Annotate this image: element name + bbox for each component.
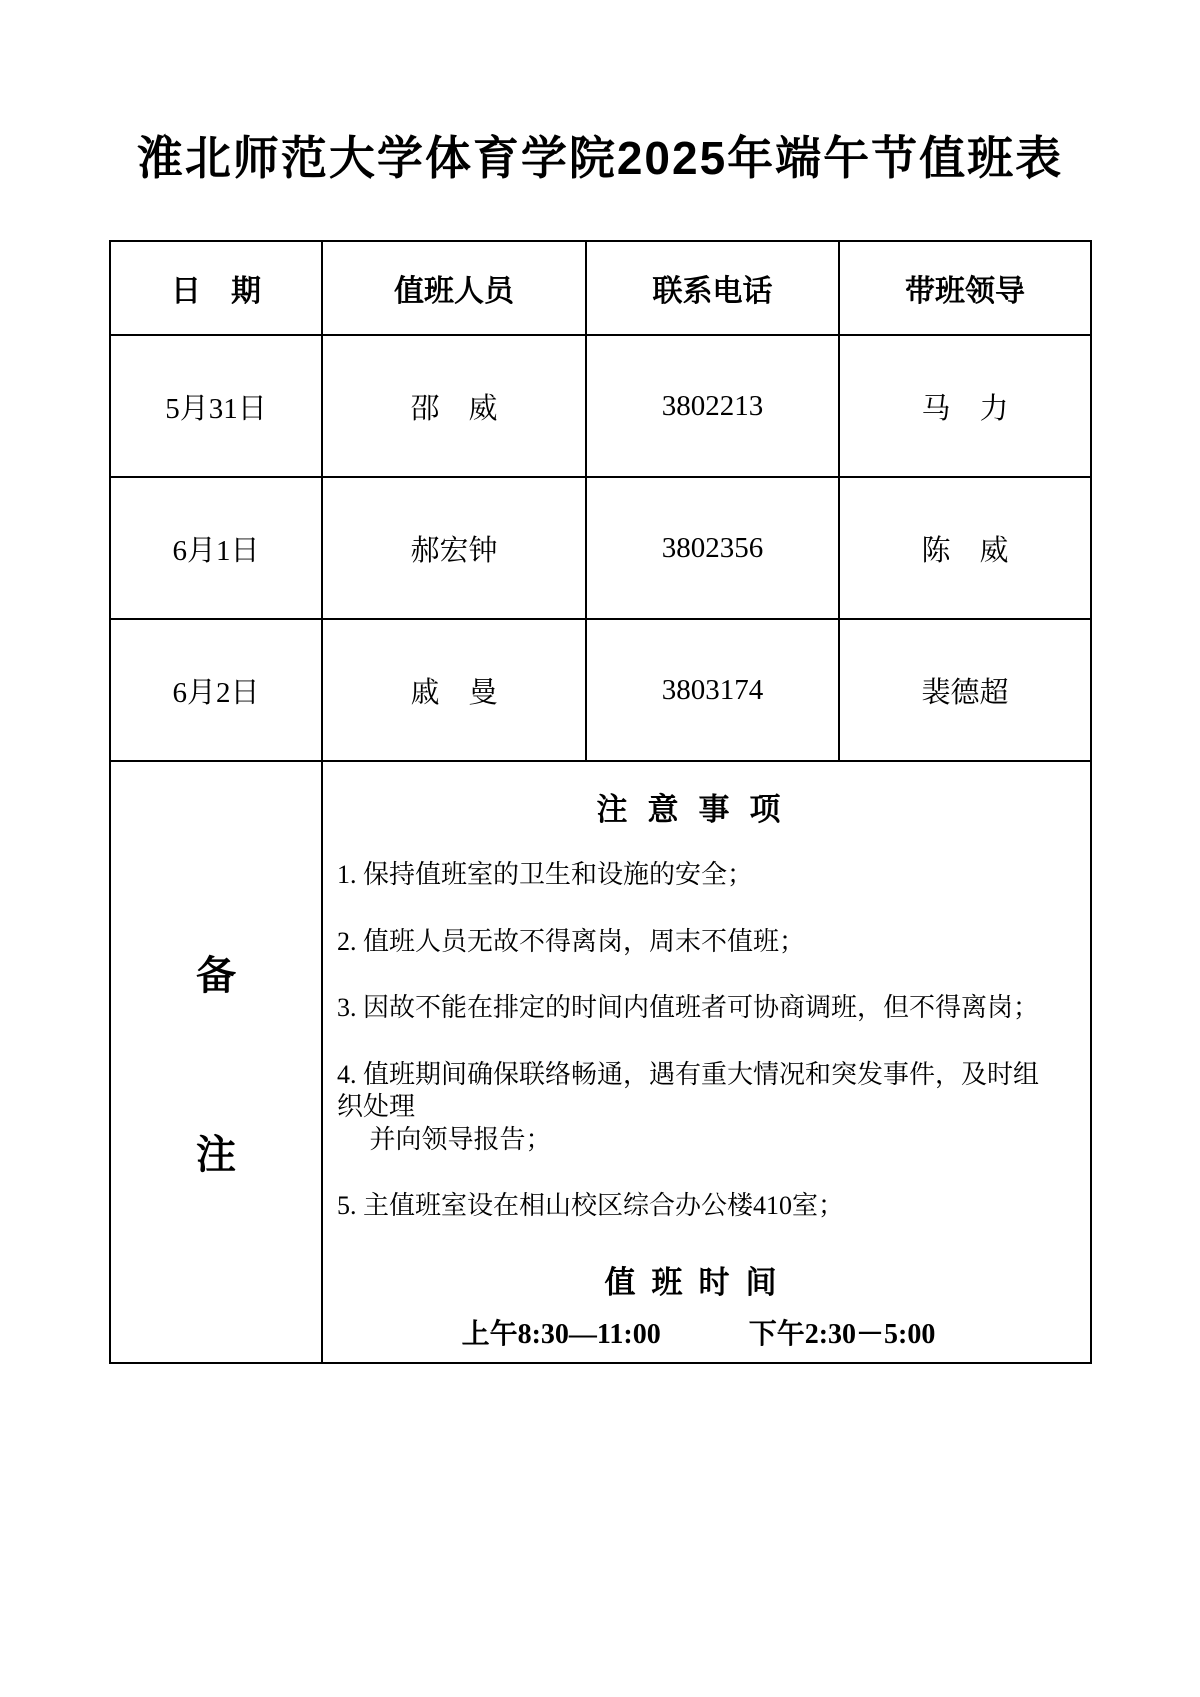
morning-hours: 上午8:30—11:00 <box>462 1312 661 1352</box>
remarks-content-cell: 注意事项 1. 保持值班室的卫生和设施的安全； 2. 值班人员无故不得离岗，周末… <box>322 761 1091 1363</box>
remarks-row: 备 注 注意事项 1. 保持值班室的卫生和设施的安全； 2. 值班人员无故不得离… <box>110 761 1091 1363</box>
cell-phone: 3803174 <box>586 619 839 761</box>
cell-date: 6月2日 <box>110 619 322 761</box>
cell-phone: 3802213 <box>586 335 839 477</box>
cell-person: 戚 曼 <box>322 619 586 761</box>
schedule-title: 值班时间 <box>337 1257 1060 1302</box>
table-row: 5月31日 邵 威 3802213 马 力 <box>110 335 1091 477</box>
cell-leader: 裴德超 <box>839 619 1091 761</box>
header-phone: 联系电话 <box>586 241 839 335</box>
header-date: 日 期 <box>110 241 322 335</box>
remarks-label-char-bei: 备 <box>196 944 236 1001</box>
afternoon-hours: 下午2:30－5:00 <box>749 1312 936 1352</box>
cell-leader: 马 力 <box>839 335 1091 477</box>
table-row: 6月1日 郝宏钟 3802356 陈 威 <box>110 477 1091 619</box>
table-header-row: 日 期 值班人员 联系电话 带班领导 <box>110 241 1091 335</box>
notes-title: 注意事项 <box>337 784 1060 829</box>
cell-phone: 3802356 <box>586 477 839 619</box>
header-person: 值班人员 <box>322 241 586 335</box>
note-item-5: 5. 主值班室设在相山校区综合办公楼410室； <box>337 1190 1060 1223</box>
cell-person: 郝宏钟 <box>322 477 586 619</box>
cell-date: 5月31日 <box>110 335 322 477</box>
note-item-3: 3. 因故不能在排定的时间内值班者可协商调班，但不得离岗； <box>337 992 1060 1025</box>
cell-date: 6月1日 <box>110 477 322 619</box>
document-page: 淮北师范大学体育学院2025年端午节值班表 日 期 值班人员 联系电话 带班领导… <box>0 0 1200 1697</box>
note-item-4: 4. 值班期间确保联络畅通，遇有重大情况和突发事件，及时组织处理 并向领导报告； <box>337 1059 1060 1157</box>
cell-leader: 陈 威 <box>839 477 1091 619</box>
document-title: 淮北师范大学体育学院2025年端午节值班表 <box>0 122 1200 188</box>
header-leader: 带班领导 <box>839 241 1091 335</box>
duty-table: 日 期 值班人员 联系电话 带班领导 5月31日 邵 威 3802213 马 力… <box>109 240 1092 1364</box>
remarks-label: 备 注 <box>111 782 321 1341</box>
note-item-2: 2. 值班人员无故不得离岗，周末不值班； <box>337 926 1060 959</box>
note-item-1: 1. 保持值班室的卫生和设施的安全； <box>337 859 1060 892</box>
remarks-label-char-zhu: 注 <box>196 1123 236 1180</box>
table-row: 6月2日 戚 曼 3803174 裴德超 <box>110 619 1091 761</box>
cell-person: 邵 威 <box>322 335 586 477</box>
remarks-label-cell: 备 注 <box>110 761 322 1363</box>
schedule-times: 上午8:30—11:00 下午2:30－5:00 <box>337 1312 1060 1352</box>
